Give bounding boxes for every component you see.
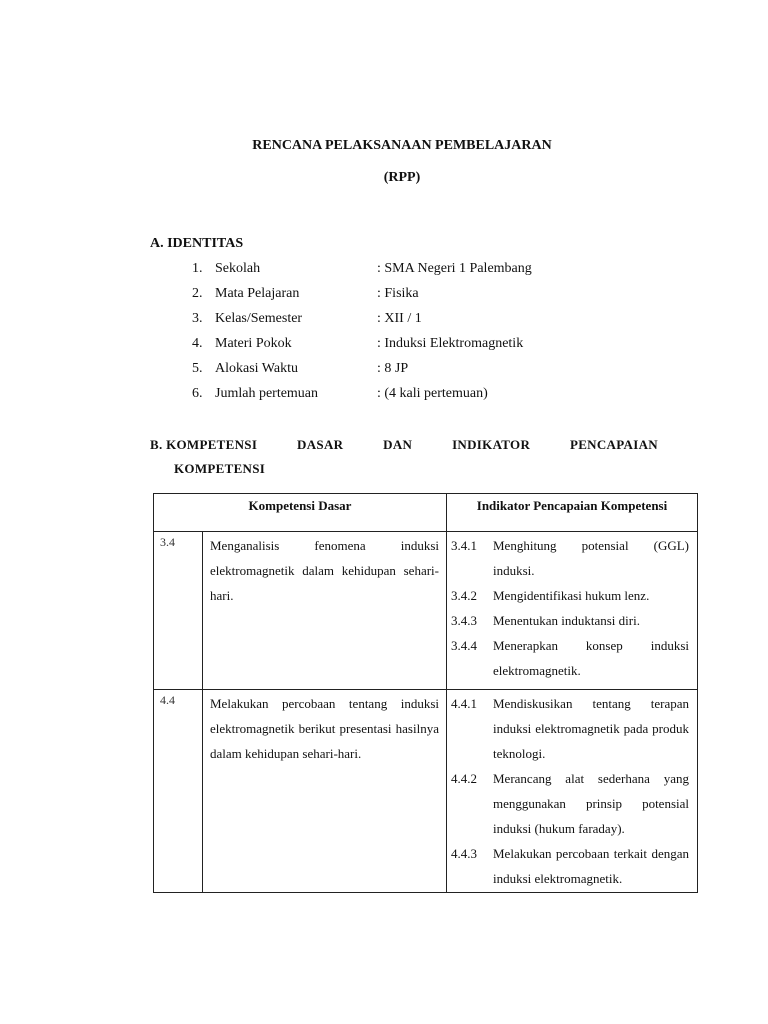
indicator-item: 4.4.1 Mendiskusikan tentang terapan indu…	[451, 691, 689, 766]
indicator-list: 4.4.1 Mendiskusikan tentang terapan indu…	[447, 690, 698, 893]
indicator-number: 3.4.2	[451, 583, 493, 608]
indicator-text: Mendiskusikan tentang terapan induksi el…	[493, 691, 689, 766]
identity-label: Materi Pokok	[215, 336, 292, 352]
indicator-number: 3.4.3	[451, 608, 493, 633]
kd-code: 3.4	[154, 532, 203, 690]
identity-number: 2.	[192, 286, 203, 302]
section-b-heading-word: DASAR	[297, 437, 343, 453]
kd-description: Melakukan percobaan tentang induksi elek…	[203, 690, 447, 893]
identity-label: Alokasi Waktu	[215, 361, 298, 377]
indicator-number: 3.4.4	[451, 633, 493, 683]
document-subtitle: (RPP)	[0, 170, 768, 186]
indicator-item: 3.4.2 Mengidentifikasi hukum lenz.	[451, 583, 689, 608]
indicator-number: 3.4.1	[451, 533, 493, 583]
identity-number: 1.	[192, 261, 203, 277]
section-b-heading-word: DAN	[383, 437, 412, 453]
table-header-row: Kompetensi Dasar Indikator Pencapaian Ko…	[154, 494, 698, 532]
section-b-heading: B. KOMPETENSI DASAR DAN INDIKATOR PENCAP…	[150, 437, 658, 453]
indicator-text: Menentukan induktansi diri.	[493, 608, 689, 633]
identity-value: : XII / 1	[377, 311, 422, 327]
table-row: 3.4 Menganalisis fenomena induksi elektr…	[154, 532, 698, 690]
indicator-number: 4.4.1	[451, 691, 493, 766]
identity-number: 5.	[192, 361, 203, 377]
identity-label: Sekolah	[215, 261, 260, 277]
indicator-text: Melakukan percobaan terkait dengan induk…	[493, 841, 689, 891]
kd-description: Menganalisis fenomena induksi elektromag…	[203, 532, 447, 690]
identity-value: : SMA Negeri 1 Palembang	[377, 261, 532, 277]
identity-label: Mata Pelajaran	[215, 286, 299, 302]
section-b-heading-word: B. KOMPETENSI	[150, 437, 257, 453]
identity-value: : Induksi Elektromagnetik	[377, 336, 523, 352]
indicator-item: 3.4.3 Menentukan induktansi diri.	[451, 608, 689, 633]
section-b-heading-line2: KOMPETENSI	[174, 461, 265, 477]
identity-label: Jumlah pertemuan	[215, 386, 318, 402]
identity-number: 4.	[192, 336, 203, 352]
indicator-text: Merancang alat sederhana yang menggunaka…	[493, 766, 689, 841]
identity-value: : Fisika	[377, 286, 419, 302]
indicator-item: 4.4.2 Merancang alat sederhana yang meng…	[451, 766, 689, 841]
document-title: RENCANA PELAKSANAAN PEMBELAJARAN	[0, 138, 768, 154]
indicator-number: 4.4.3	[451, 841, 493, 891]
section-a-heading: A. IDENTITAS	[150, 236, 243, 252]
indicator-item: 3.4.1 Menghitung potensial (GGL) induksi…	[451, 533, 689, 583]
kd-code: 4.4	[154, 690, 203, 893]
section-b-heading-word: PENCAPAIAN	[570, 437, 658, 453]
competency-table: Kompetensi Dasar Indikator Pencapaian Ko…	[153, 493, 698, 893]
indicator-text: Menghitung potensial (GGL) induksi.	[493, 533, 689, 583]
header-kompetensi-dasar: Kompetensi Dasar	[154, 494, 447, 532]
indicator-text: Mengidentifikasi hukum lenz.	[493, 583, 689, 608]
identity-number: 6.	[192, 386, 203, 402]
identity-number: 3.	[192, 311, 203, 327]
indicator-item: 3.4.4 Menerapkan konsep induksi elektrom…	[451, 633, 689, 683]
indicator-number: 4.4.2	[451, 766, 493, 841]
identity-label: Kelas/Semester	[215, 311, 302, 327]
identity-value: : (4 kali pertemuan)	[377, 386, 488, 402]
identity-value: : 8 JP	[377, 361, 408, 377]
section-b-heading-word: INDIKATOR	[452, 437, 530, 453]
indicator-text: Menerapkan konsep induksi elektromagneti…	[493, 633, 689, 683]
table-row: 4.4 Melakukan percobaan tentang induksi …	[154, 690, 698, 893]
header-indikator: Indikator Pencapaian Kompetensi	[447, 494, 698, 532]
indicator-item: 4.4.3 Melakukan percobaan terkait dengan…	[451, 841, 689, 891]
indicator-list: 3.4.1 Menghitung potensial (GGL) induksi…	[447, 532, 698, 690]
